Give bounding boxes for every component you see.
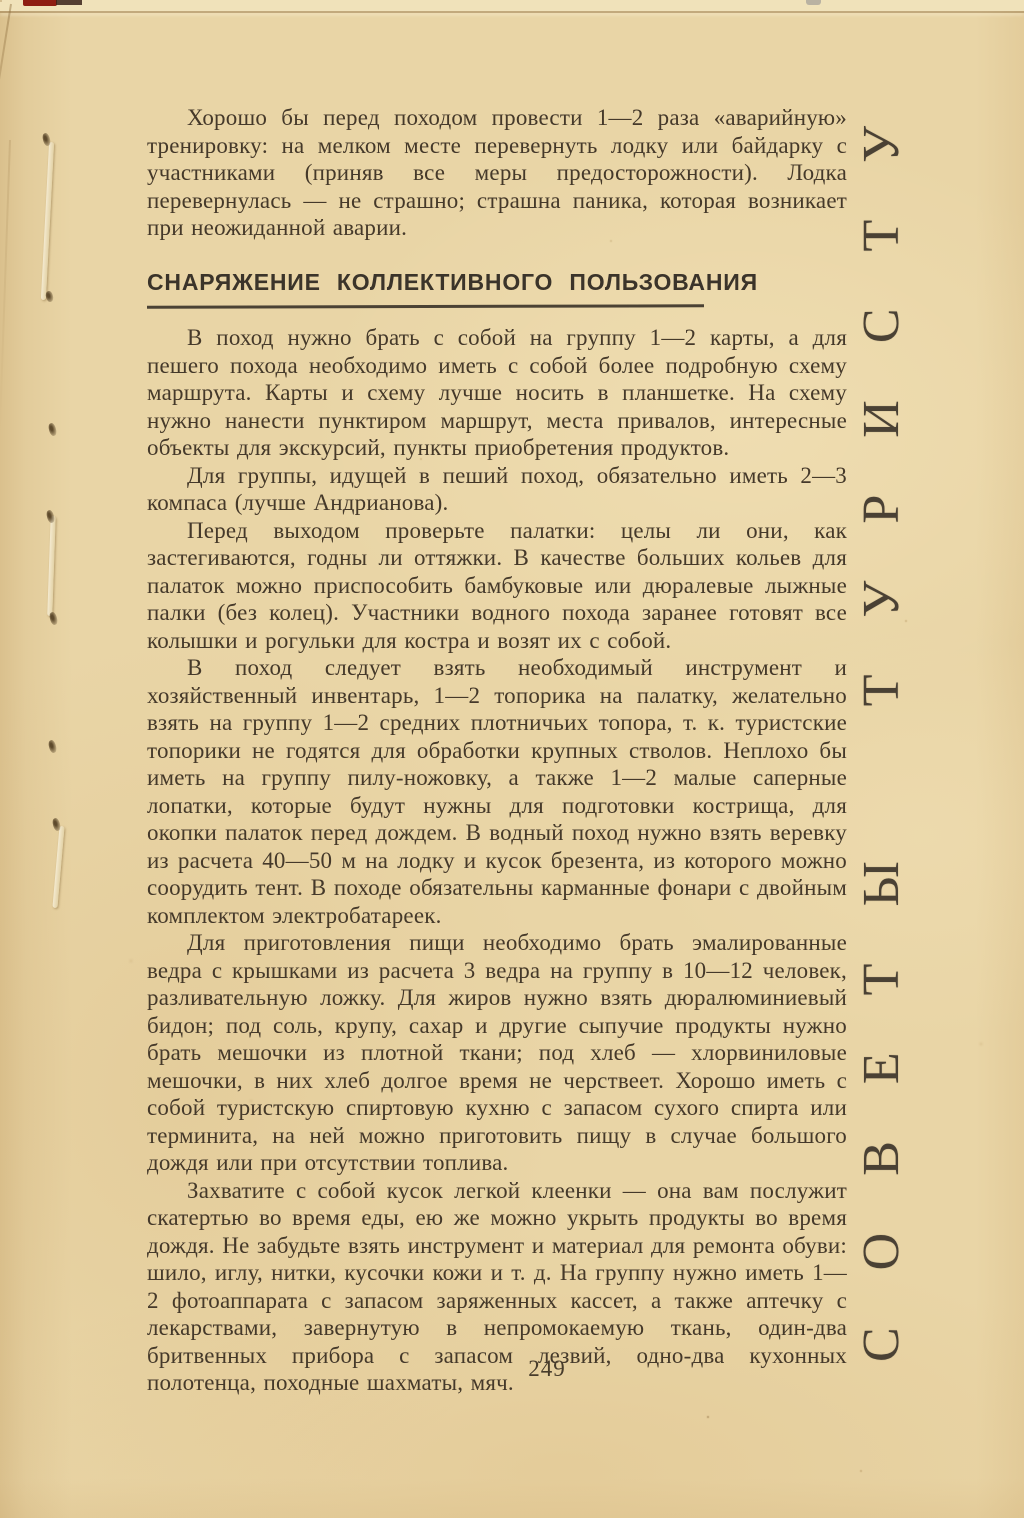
binding-thread bbox=[41, 142, 54, 300]
page-top-edge bbox=[0, 0, 1024, 11]
left-crease-lower bbox=[0, 140, 11, 440]
paper-specks bbox=[0, 0, 2, 2]
cover-sliver-red bbox=[23, 0, 57, 6]
binding-stitch-hole bbox=[47, 739, 58, 754]
top-fold-crease bbox=[0, 11, 1024, 13]
book-page: Хорошо бы перед походом провести 1—2 раз… bbox=[0, 0, 1024, 1518]
section-heading-block: СНАРЯЖЕНИЕ КОЛЛЕКТИВНОГО ПОЛЬЗОВАНИЯ bbox=[147, 269, 847, 309]
heading-underline bbox=[147, 304, 704, 308]
binding-stitch-hole bbox=[48, 611, 59, 626]
spine-title: СОВЕТЫ ТУРИСТУ bbox=[850, 82, 914, 1362]
cover-sliver-dark bbox=[56, 0, 82, 5]
binding-thread bbox=[47, 516, 55, 616]
binding-stitch-hole bbox=[47, 422, 58, 437]
body-paragraph: Для группы, идущей в пеший поход, обязат… bbox=[147, 462, 847, 517]
body-paragraph: Хорошо бы перед походом провести 1—2 раз… bbox=[147, 104, 847, 242]
body-paragraph: Перед выходом проверьте палатки: целы ли… bbox=[147, 517, 847, 655]
body-paragraph: В поход нужно брать с собой на группу 1—… bbox=[147, 324, 847, 462]
text-block: Хорошо бы перед походом провести 1—2 раз… bbox=[147, 104, 847, 1397]
body-paragraph: В поход следует взять необходимый инстру… bbox=[147, 654, 847, 929]
left-crease bbox=[0, 4, 12, 152]
body-paragraph: Захватите с собой кусок легкой клеенки —… bbox=[147, 1177, 847, 1397]
binding-thread bbox=[52, 826, 64, 908]
page-edge-notch bbox=[806, 0, 821, 5]
binding-stitch-hole bbox=[44, 290, 54, 303]
body-paragraph: Для приготовления пищи необходимо брать … bbox=[147, 929, 847, 1177]
page-number: 249 bbox=[507, 1356, 587, 1382]
section-heading: СНАРЯЖЕНИЕ КОЛЛЕКТИВНОГО ПОЛЬЗОВАНИЯ bbox=[147, 269, 847, 297]
